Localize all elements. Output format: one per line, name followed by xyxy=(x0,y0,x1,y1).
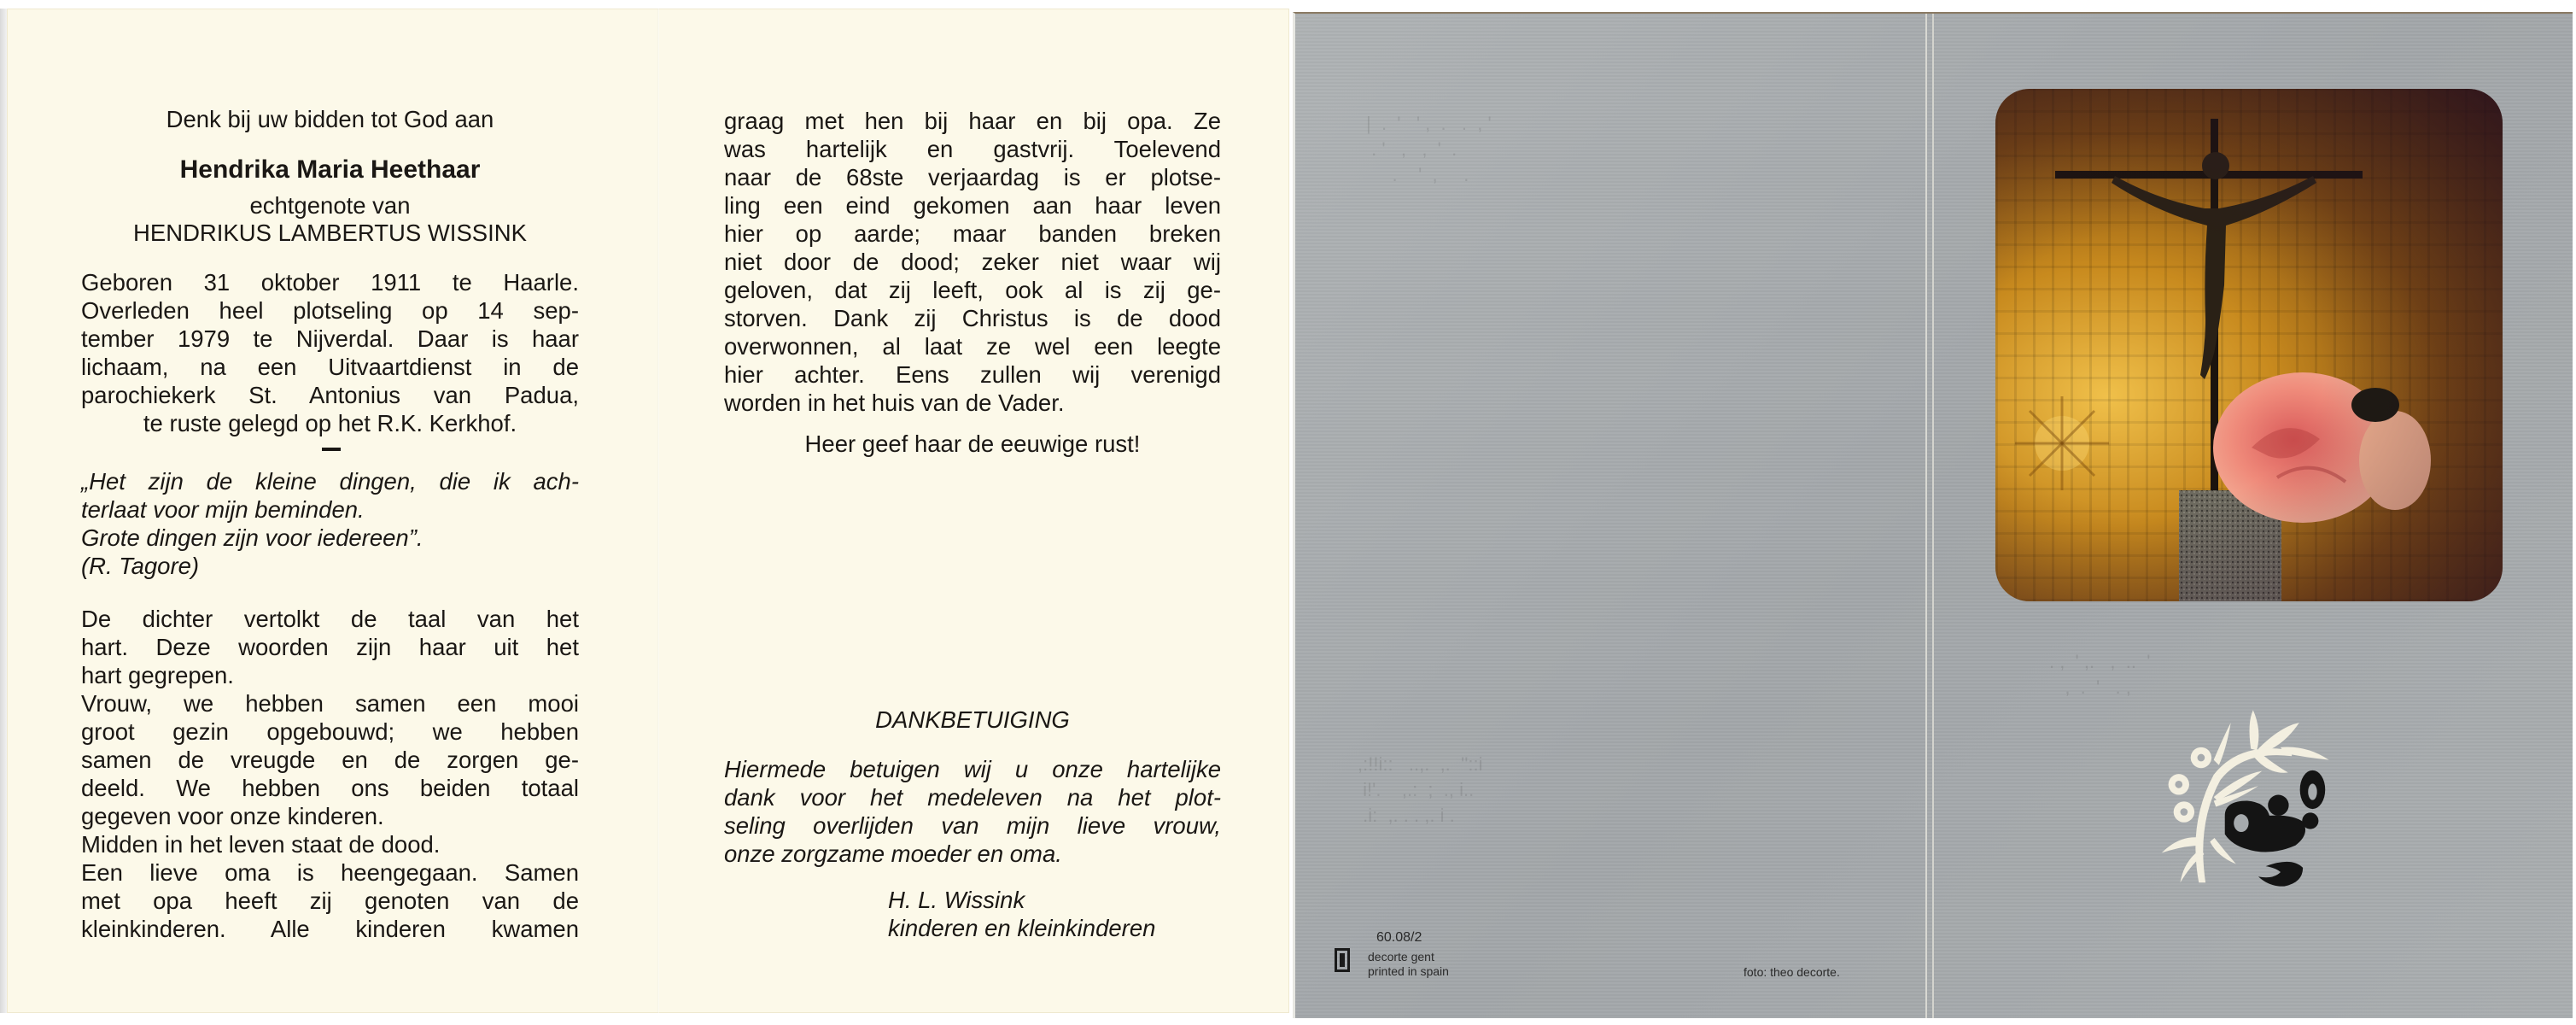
body-line: hart. Deze woorden zijn haar uit het xyxy=(81,633,579,661)
body-line: De dichter vertolkt de taal van het xyxy=(81,605,579,633)
thanks-line: dank voor het medeleven na het plot- xyxy=(724,783,1221,811)
body-line: hart gegrepen. xyxy=(81,661,579,689)
print-code: 60.08/2 xyxy=(1376,931,1422,945)
body-line: met opa heeft zij genoten van de xyxy=(81,887,579,915)
body-line: overwonnen, al laat ze wel een leegte xyxy=(724,332,1221,360)
photo-vignette xyxy=(1995,89,2503,601)
biography-line: parochiekerk St. Antonius van Padua, xyxy=(81,381,579,409)
biography-line: te ruste gelegd op het R.K. Kerkhof. xyxy=(81,409,579,437)
body-line: Een lieve oma is heengegaan. Samen xyxy=(81,858,579,887)
photo-credit: foto: theo decorte. xyxy=(1744,965,1840,979)
crucifix-with-rose-photo xyxy=(1995,89,2503,601)
oil-lamp-with-olive-branch-icon xyxy=(2143,696,2344,905)
body-line: graag met hen bij haar en bij opa. Ze xyxy=(724,107,1221,135)
body-line: niet door de dood; zeker niet waar wij xyxy=(724,248,1221,276)
publisher-line: decorte gent xyxy=(1368,950,1434,963)
thanks-line: onze zorgzame moeder en oma. xyxy=(724,840,1221,868)
thanks-line: seling overlijden van mijn lieve vrouw, xyxy=(724,811,1221,840)
separator-dash xyxy=(322,448,341,451)
show-through-text: . , ' ,. , .. ' , . ' . , xyxy=(2049,649,2150,700)
body-line: Vrouw, we hebben samen een mooi xyxy=(81,689,579,717)
thanks-heading: DANKBETUIGING xyxy=(724,706,1221,734)
publisher-logo-icon xyxy=(1335,948,1350,972)
biography-line: Geboren 31 oktober 1911 te Haarle. xyxy=(81,268,579,296)
intro-line: Denk bij uw bidden tot God aan xyxy=(81,105,579,133)
show-through-text: ,:!!i:: ..,. ,. ''::i i!'. ,.: ; ., i.. … xyxy=(1358,752,1483,829)
body-line: naar de 68ste verjaardag is er plotse- xyxy=(724,163,1221,191)
body-line: deeld. We hebben ons beiden totaal xyxy=(81,774,579,802)
fold-line xyxy=(657,9,659,1013)
publisher-line: printed in spain xyxy=(1368,964,1449,978)
quote-line: Grote dingen zijn voor iedereen”. xyxy=(81,524,579,552)
body-line: ling een eind gekomen aan haar leven xyxy=(724,191,1221,220)
biography-line: tember 1979 te Nijverdal. Daar is haar xyxy=(81,325,579,353)
body-line: was hartelijk en gastvrij. Toelevend xyxy=(724,135,1221,163)
body-line: storven. Dank zij Christus is de dood xyxy=(724,304,1221,332)
deceased-name: Hendrika Maria Heethaar xyxy=(81,155,579,184)
prayer-line: Heer geef haar de eeuwige rust! xyxy=(724,430,1221,458)
body-line: geloven, dat zij leeft, ook al is zij ge… xyxy=(724,276,1221,304)
body-line: groot gezin opgebouwd; we hebben xyxy=(81,717,579,746)
body-line: worden in het huis van de Vader. xyxy=(724,389,1221,417)
quote-line: terlaat voor mijn beminden. xyxy=(81,495,579,524)
body-line: hier achter. Eens zullen wij verenigd xyxy=(724,360,1221,389)
body-line: Midden in het leven staat de dood. xyxy=(81,830,579,858)
quote-author: (R. Tagore) xyxy=(81,552,579,580)
signature-name: H. L. Wissink xyxy=(888,886,1025,914)
show-through-text: | . ' ' , . . , ' . ' , , ' . . ' , . xyxy=(1366,111,1492,188)
quote-line: „Het zijn de kleine dingen, die ik ach- xyxy=(81,467,579,495)
relation-line: echtgenote van xyxy=(81,191,579,220)
biography-line: Overleden heel plotseling op 14 sep- xyxy=(81,296,579,325)
body-line: hier op aarde; maar banden breken xyxy=(724,220,1221,248)
fold-line xyxy=(1925,14,1934,1018)
thanks-line: Hiermede betuigen wij u onze hartelijke xyxy=(724,755,1221,783)
body-line: samen de vreugde en de zorgen ge- xyxy=(81,746,579,774)
body-line: kleinkinderen. Alle kinderen kwamen xyxy=(81,915,579,943)
biography-line: lichaam, na een Uitvaartdienst in de xyxy=(81,353,579,381)
spouse-name: HENDRIKUS LAMBERTUS WISSINK xyxy=(81,219,579,247)
signature-family: kinderen en kleinkinderen xyxy=(888,914,1155,942)
body-line: gegeven voor onze kinderen. xyxy=(81,802,579,830)
